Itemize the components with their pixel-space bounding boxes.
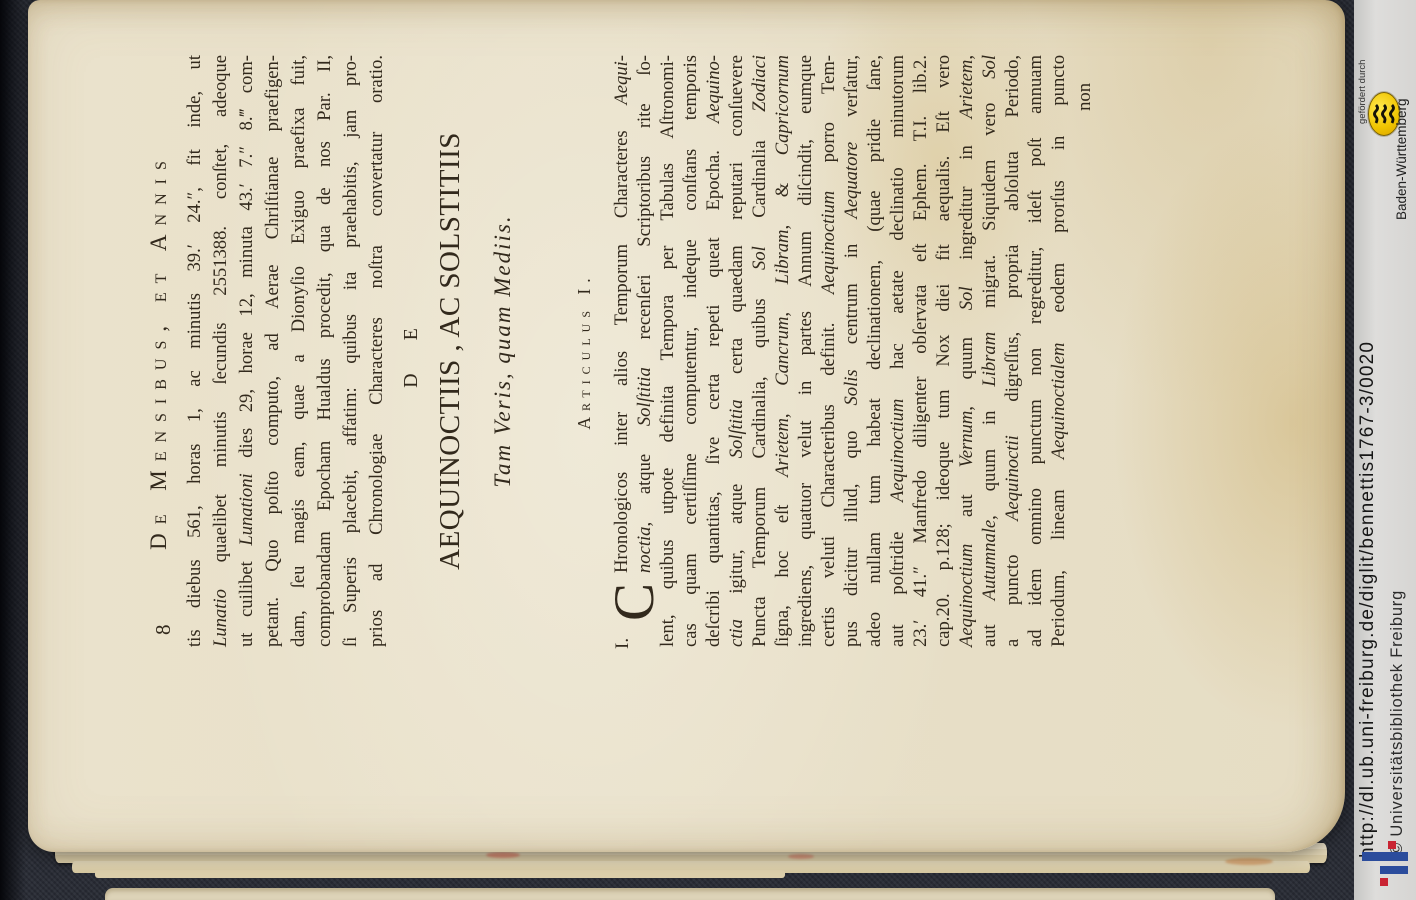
chapter-subtitle: Tam Veris, quam Mediis. [490,55,516,647]
text-line: certis veluti Characteribus definit. Aeq… [817,55,840,647]
text-line: noctia, atque Solſtitia recenſeri Script… [633,55,656,647]
text-line: deſcribi quantitas, ſive certa repeti qu… [702,55,725,647]
text-line: ſi Superis placebit, affatim: quibus ita… [338,55,364,647]
text-line: comprobandam Epocham Hualdus procedit, q… [312,55,338,647]
continuation-paragraph: tis diebus 561, horas 1, ac minutis 39.′… [182,55,390,647]
text-line: Puncta Temporum Cardinalia, quibus Sol C… [748,55,771,647]
text-line: adeo nullam tum habeat declinationem, (q… [863,55,886,647]
text-line: tis diebus 561, horas 1, ac minutis 39.′… [182,55,208,647]
catchword: non [1074,55,1096,647]
library-logo-red-square [1388,841,1396,849]
text-line: ingrediens, quatuor velut in partes Annu… [794,55,817,647]
section-number: I. [612,638,634,649]
text-line: petant. Quo poſito computo, ad Aerae Chr… [260,55,286,647]
page-stack-edge [95,870,785,878]
text-line: ctia igitur, atque Solſtitia certa quaed… [725,55,748,647]
text-line: Hronologicos inter alios Temporum Charac… [610,55,633,647]
book-page: 8 De Mensibus, et Annis tis diebus 561, … [28,0,1345,852]
three-lions-icon [1372,103,1396,125]
copyright-notice: © Universitätsbibliothek Freiburg [1388,413,1408,855]
chapter-title: AEQUINOCTIIS , AC SOLSTITIIS [434,55,467,647]
text-line: aut poſtridie Aequinoctium hac aetate de… [886,55,909,647]
de-heading: D E [400,55,423,647]
text-line: prios ad Chronologiae Characteres noſtra… [364,55,390,647]
body-paragraph: I. C Hronologicos inter alios Temporum C… [610,55,1070,647]
text-line: ſigna, hoc eſt Arietem, Cancrum, Libram,… [771,55,794,647]
text-line: Aequinoctium aut Vernum, quum Sol ingred… [955,55,978,647]
library-logo-red-square [1380,878,1388,886]
text-line: 23.′ 41.″ Manfredo diligenter obſervata … [909,55,932,647]
text-line: cas quam certiſſime computentur, indeque… [679,55,702,647]
text-line: a puncto Aequinoctii digreſſus, propria … [1001,55,1024,647]
page-edge-dye-mark [788,854,814,859]
library-logo-blue-bar [1362,852,1408,861]
text-line: pus dicitur illud, quo Solis centrum in … [840,55,863,647]
text-line: aut Autumnale, quum in Libram migrat. Si… [978,55,1001,647]
library-logo-icon [1358,838,1414,890]
lower-page-edge [105,888,1275,900]
text-line: lent, quibus utpote definita Tempora per… [656,55,679,647]
articulus-heading: Articulus I. [574,55,595,647]
page-text-block: 8 De Mensibus, et Annis tis diebus 561, … [28,55,1345,647]
metadata-strip: gefördert durch Baden-Württemberg http:/… [1354,0,1416,900]
scan-viewport: 8 De Mensibus, et Annis tis diebus 561, … [0,0,1416,900]
library-logo-blue-bar [1380,866,1408,874]
drop-cap: C [611,583,659,621]
text-line: Lunatio quaelibet minutis ſecundis 25513… [208,55,234,647]
text-line: dam, ſeu magis eam, quae a Dionyſio Exig… [286,55,312,647]
funder-name: Baden-Württemberg [1394,34,1410,220]
running-header: De Mensibus, et Annis [146,152,171,550]
text-line: cap.20. p.128; ideoque tum Nox diei fit … [932,55,955,647]
page-edge-dye-mark [1225,858,1273,865]
source-url: http://dl.ub.uni-freiburg.de/diglit/benn… [1357,206,1381,858]
text-line: ad idem omnino punctum non regreditur, i… [1024,55,1047,647]
text-line: Periodum, lineam Aequinoctialem eodem pr… [1047,55,1070,647]
page-edge-dye-mark [486,852,520,858]
page-number: 8 [151,625,176,636]
page-header: 8 De Mensibus, et Annis [146,55,172,647]
text-line: ut cuilibet Lunationi dies 29, horae 12,… [234,55,260,647]
